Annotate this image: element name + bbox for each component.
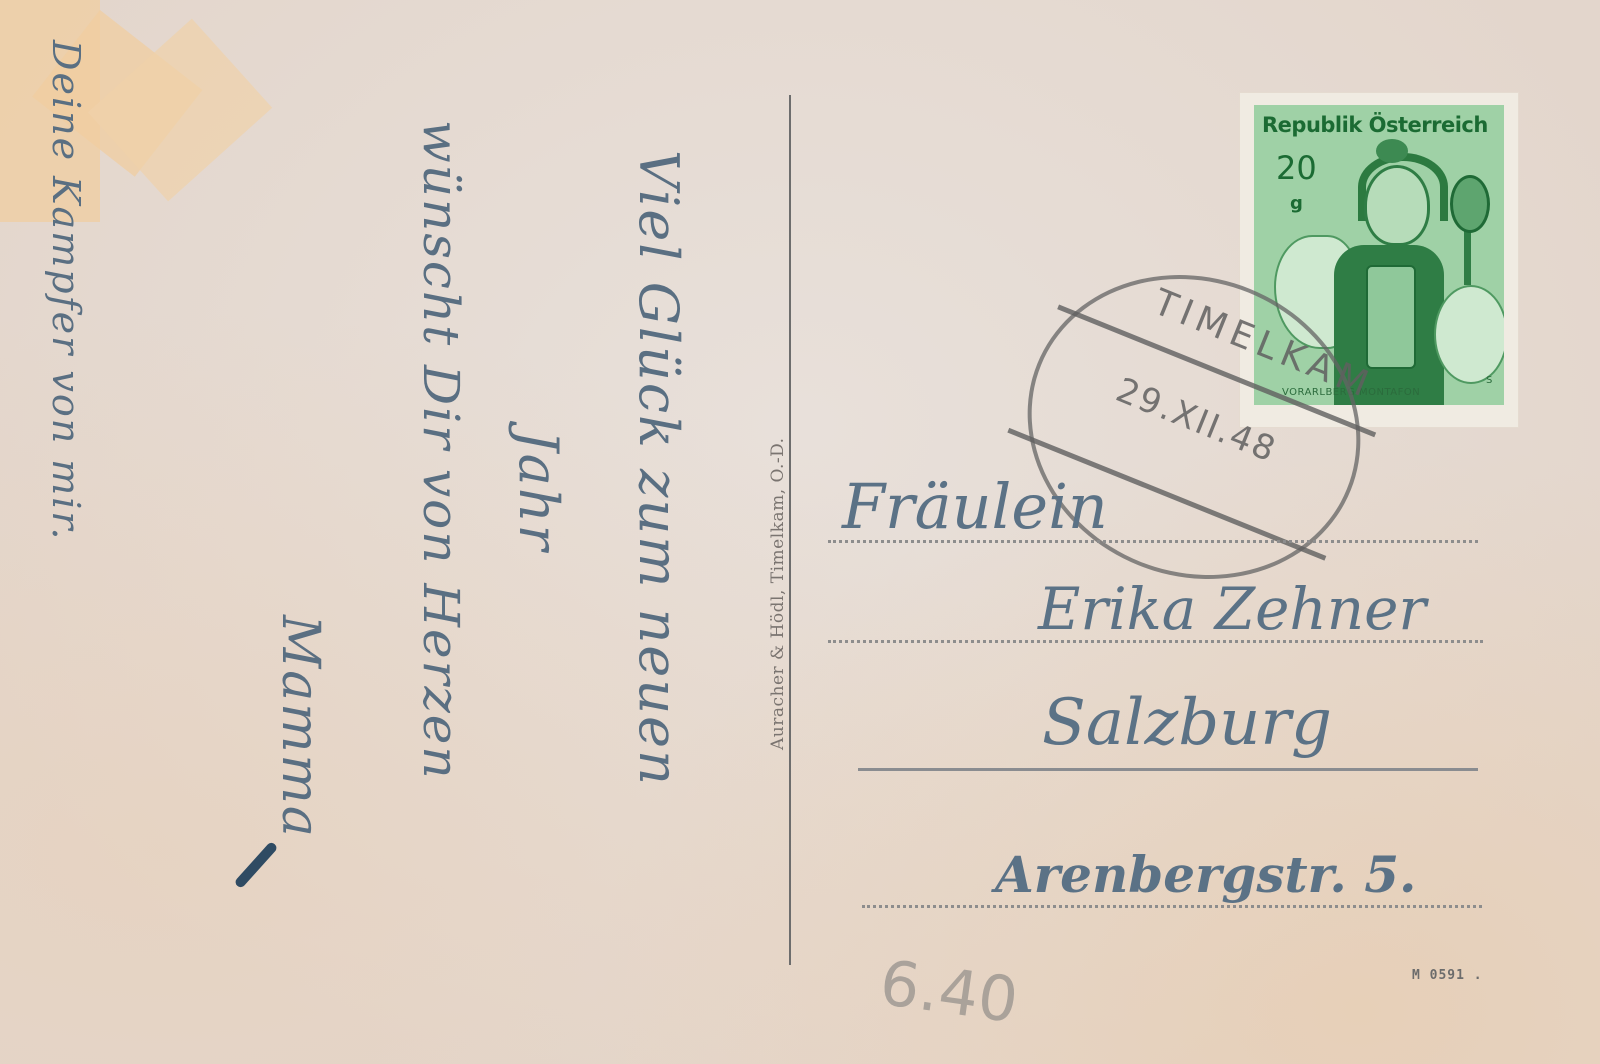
address-divider-line — [789, 95, 791, 965]
address-salutation: Fräulein — [842, 470, 1108, 543]
pencil-price-note: 6.40 — [876, 946, 1023, 1038]
stamp-value: 20 — [1276, 149, 1317, 187]
hand-mirror-icon — [1450, 175, 1490, 233]
figure-sleeve — [1434, 285, 1504, 384]
message-signature: Mamma — [270, 615, 330, 839]
message-line-2: Jahr — [507, 430, 570, 552]
message-line-3: wünscht Dir von Herzen — [412, 120, 470, 781]
address-name: Erika Zehner — [1038, 575, 1426, 643]
mirror-handle — [1464, 225, 1471, 285]
address-line-4 — [862, 905, 1482, 908]
address-street: Arenbergstr. 5. — [995, 845, 1416, 904]
stamp-country: Republik Österreich — [1262, 113, 1488, 137]
message-line-1: Viel Glück zum neuen — [627, 150, 690, 787]
stamp-printer-mark: S — [1486, 375, 1492, 386]
postcard: Deine Kampfer von mir. Viel Glück zum ne… — [0, 0, 1600, 1064]
stamp-unit: g — [1290, 193, 1303, 214]
catalog-number: M 0591 . — [1412, 968, 1483, 983]
figure-face — [1364, 165, 1430, 246]
address-line-3 — [858, 768, 1478, 771]
figure-bodice — [1366, 265, 1416, 369]
address-city: Salzburg — [1042, 686, 1332, 760]
signature-stroke — [234, 841, 279, 889]
margin-note: Deine Kampfer von mir. — [44, 40, 88, 542]
publisher-imprint: Auracher & Hödl, Timelkam, O.-D. — [768, 437, 788, 750]
figure-hair-ornament — [1376, 139, 1408, 163]
